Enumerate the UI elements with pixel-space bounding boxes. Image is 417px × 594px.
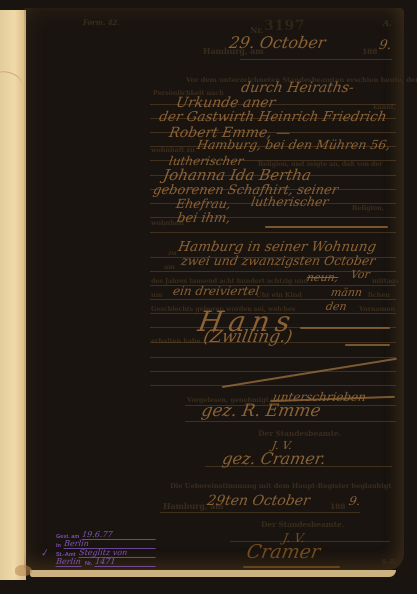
ruled-line	[150, 313, 396, 314]
ruled-line	[150, 285, 396, 286]
stamp-value: Berlin	[56, 558, 83, 567]
certification-label: Die Uebereinstimmung mit dem Haupt-Regis…	[170, 483, 391, 490]
mittags-label: mittags	[372, 278, 399, 284]
ruled-line	[150, 299, 396, 300]
hw-jahr: neun,	[306, 272, 339, 283]
hw-time: ein dreiviertel	[172, 285, 260, 297]
ruled-line	[150, 232, 396, 233]
ruled-line	[150, 203, 396, 204]
hw-bei-ihm: bei ihm,	[176, 212, 232, 225]
hw-signature-registrar-1: gez. Cramer.	[221, 451, 327, 467]
hw-urkunde: Urkunde aner	[175, 96, 277, 110]
ruled-line	[150, 257, 396, 258]
hw-cert-date: 29ten October	[206, 494, 311, 508]
ruled-line	[230, 541, 390, 542]
printed-year: 188	[362, 48, 377, 56]
stamp-label: Nr.	[85, 561, 92, 567]
hw-durch: durch Heiraths-	[240, 81, 355, 95]
ruled-line	[150, 342, 396, 343]
binding-fold	[22, 8, 25, 572]
um-label: um	[151, 292, 162, 299]
registry-stamp: Gest. am 19.6.77 in Berlin St.-Amt Stegl…	[56, 531, 156, 567]
ruled-line	[205, 466, 392, 467]
ruled-line	[150, 132, 396, 133]
ruled-line	[150, 160, 396, 161]
zu-label: zu	[168, 250, 176, 257]
ruled-line	[185, 405, 396, 406]
hw-cert-year-digit: 9.	[348, 495, 362, 507]
hw-zwilling: (Zwilling.)	[202, 329, 294, 346]
signature-underline	[243, 566, 340, 568]
ruled-line	[150, 327, 396, 328]
ruled-line	[150, 118, 396, 119]
ruled-line	[150, 175, 396, 176]
ruled-line	[240, 59, 392, 60]
hw-year-digit: 9.	[378, 39, 393, 52]
ruled-line	[150, 217, 396, 218]
ruled-line	[150, 271, 396, 272]
page-bottom-edge	[30, 570, 396, 577]
ruled-line	[150, 146, 396, 147]
stamp-value: Steglitz von	[78, 549, 156, 558]
cert-year-printed: 188	[330, 503, 345, 511]
ruled-line	[150, 104, 396, 105]
ruled-line	[185, 421, 396, 422]
wohnhaft-zu-label: wohnhaft zu	[151, 147, 195, 154]
hw-signature-registrar-2: Cramer	[245, 543, 322, 562]
ruled-line	[150, 385, 396, 386]
stamp-value: 1471	[95, 558, 157, 567]
stamp-value: 19.6.77	[82, 531, 157, 540]
standesbeamte-label-2: Der Standesbeamte.	[261, 521, 344, 529]
hw-gender: männ	[330, 287, 363, 298]
ruled-line	[150, 371, 396, 372]
form-number: Form. 42.	[83, 19, 120, 26]
paper-tear	[15, 565, 32, 576]
hw-date: 29. October	[228, 35, 327, 51]
stamp-row: Berlin Nr. 1471	[56, 558, 156, 567]
scanned-register-page: Form. 42. Nr. 3197 A. Hamburg, am 29. Oc…	[0, 0, 417, 594]
record-number: 3197	[264, 19, 305, 33]
ruled-line	[160, 512, 360, 513]
ruled-line	[150, 357, 396, 358]
sr-mark: S.-R.	[382, 560, 397, 566]
hw-den: den	[325, 301, 348, 312]
lichen-label: lichen	[368, 292, 390, 299]
am-label: am	[164, 264, 175, 271]
handwritten-dash	[265, 226, 388, 228]
page-letter: A.	[383, 19, 392, 27]
religion-label: Religion,	[352, 205, 384, 212]
ruled-line	[150, 189, 396, 190]
stamp-label: in	[56, 543, 61, 549]
hw-ehefrau: Ehefrau,	[175, 198, 232, 211]
handwritten-dash	[345, 344, 390, 346]
uhr-label: Uhr ein Kind	[256, 292, 302, 299]
standesbeamte-label: Der Standesbeamte.	[258, 430, 341, 438]
vornamen-label: Vornamen	[359, 306, 395, 313]
checkmark-icon: ✓	[41, 547, 50, 560]
